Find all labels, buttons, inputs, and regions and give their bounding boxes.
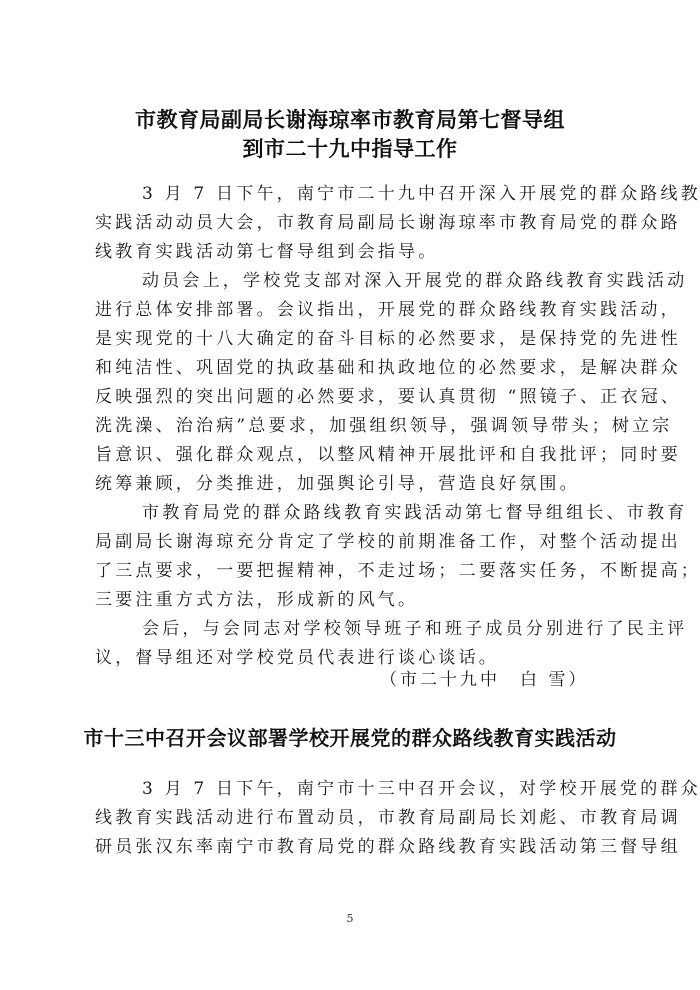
article-2-title: 市十三中召开会议部署学校开展党的群众路线教育实践活动 (0, 722, 700, 751)
page-number: 5 (0, 912, 700, 925)
text-line: 进行总体安排部署。会议指出，开展党的群众路线教育实践活动， (95, 296, 615, 325)
text-line: 旨意识、强化群众观点，以整风精神开展批评和自我批评；同时要 (95, 441, 615, 470)
text-line: 线教育实践活动进行布置动员，市教育局副局长刘彪、市教育局调 (95, 804, 615, 833)
text-line: 了三点要求，一要把握精神，不走过场；二要落实任务，不断提高； (95, 557, 615, 586)
text-line: 线教育实践活动第七督导组到会指导。 (95, 238, 615, 267)
text-line: 统筹兼顾，分类推进，加强舆论引导，营造良好氛围。 (95, 470, 615, 499)
text-line: 实践活动动员大会，市教育局副局长谢海琼率市教育局党的群众路 (95, 209, 615, 238)
text-line: 市教育局党的群众路线教育实践活动第七督导组组长、市教育 (95, 499, 615, 528)
text-line: 会后，与会同志对学校领导班子和班子成员分别进行了民主评 (95, 615, 615, 644)
text-line: 三要注重方式方法，形成新的风气。 (95, 586, 615, 615)
text-line: 局副局长谢海琼充分肯定了学校的前期准备工作，对整个活动提出 (95, 528, 615, 557)
article-1-title-line-2: 到市二十九中指导工作 (0, 133, 700, 163)
article-1-paragraph-2: 动员会上，学校党支部对深入开展党的群众路线教育实践活动 进行总体安排部署。会议指… (95, 267, 615, 499)
text-line: 洗洗澡、治治病”总要求，加强组织领导，强调领导带头；树立宗 (95, 412, 615, 441)
article-1-title-line-1: 市教育局副局长谢海琼率市教育局第七督导组 (0, 104, 700, 134)
text-line: 研员张汉东率南宁市教育局党的群众路线教育实践活动第三督导组 (95, 833, 615, 862)
text-line: 动员会上，学校党支部对深入开展党的群众路线教育实践活动 (95, 267, 615, 296)
article-1-signature: （市二十九中 白 雪） (380, 665, 588, 690)
text-line: 是实现党的十八大确定的奋斗目标的必然要求，是保持党的先进性 (95, 325, 615, 354)
text-line: 3 月 7 日下午，南宁市十三中召开会议，对学校开展党的群众路 (95, 775, 615, 804)
text-line: 反映强烈的突出问题的必然要求，要认真贯彻 “照镜子、正衣冠、 (95, 383, 615, 412)
article-2-paragraph-1: 3 月 7 日下午，南宁市十三中召开会议，对学校开展党的群众路 线教育实践活动进… (95, 775, 615, 862)
text-line: 3 月 7 日下午，南宁市二十九中召开深入开展党的群众路线教育 (95, 180, 615, 209)
text-line: 和纯洁性、巩固党的执政基础和执政地位的必然要求，是解决群众 (95, 354, 615, 383)
article-1-paragraph-1: 3 月 7 日下午，南宁市二十九中召开深入开展党的群众路线教育 实践活动动员大会… (95, 180, 615, 267)
article-1-paragraph-3: 市教育局党的群众路线教育实践活动第七督导组组长、市教育 局副局长谢海琼充分肯定了… (95, 499, 615, 615)
